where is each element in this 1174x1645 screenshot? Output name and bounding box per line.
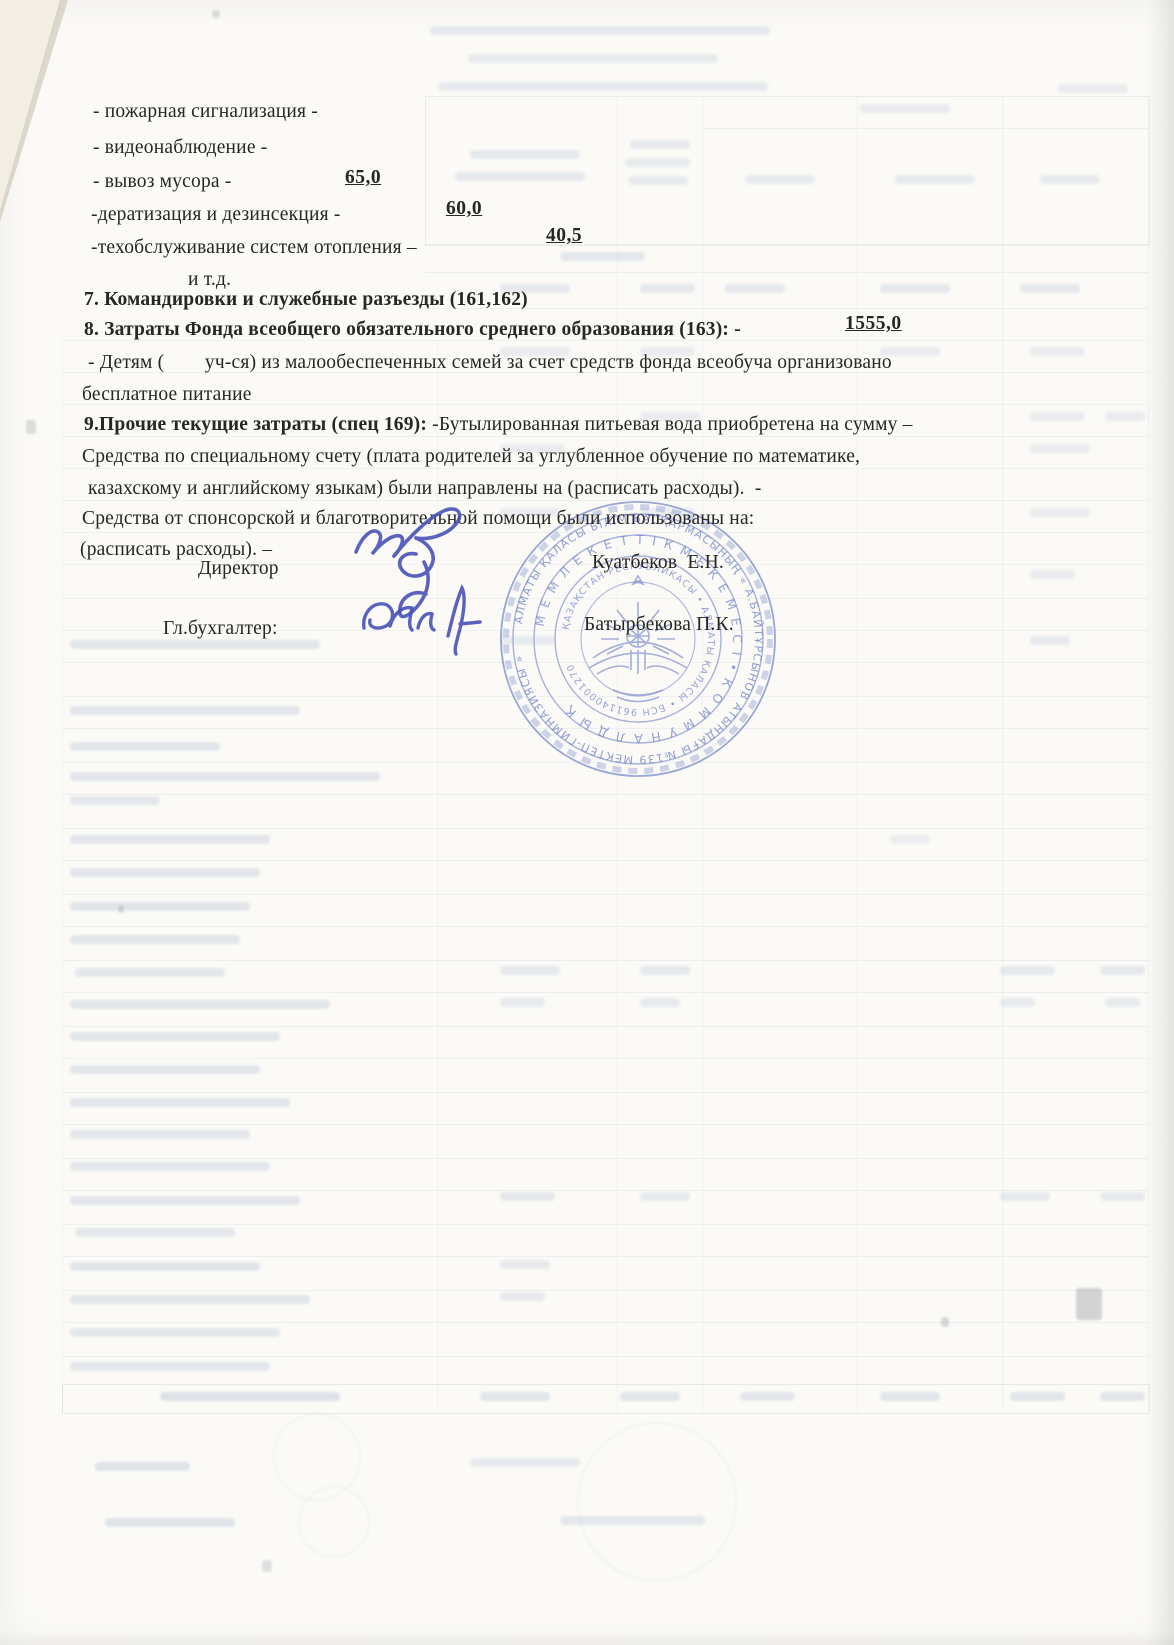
bleedthrough-artifact xyxy=(1100,966,1145,975)
bleedthrough-artifact xyxy=(62,894,1148,895)
bleedthrough-artifact xyxy=(470,1458,580,1467)
bleedthrough-artifact xyxy=(880,284,950,293)
bleedthrough-artifact xyxy=(500,1292,545,1301)
bleedthrough-artifact xyxy=(70,1065,260,1074)
service-line-video: - видеонаблюдение - xyxy=(93,136,267,160)
bleedthrough-artifact xyxy=(1030,412,1085,421)
bleedthrough-artifact xyxy=(1030,636,1070,645)
bleedthrough-artifact xyxy=(941,1317,949,1327)
bleedthrough-artifact xyxy=(1010,1392,1065,1401)
official-stamp: АЛМАТЫ ҚАЛАСЫ БІЛІМ БАСҚАРМАСЫНЫҢ « А.БА… xyxy=(497,498,779,780)
bleedthrough-artifact xyxy=(62,1158,1148,1159)
service-value-garbage: 65,0 xyxy=(345,166,381,190)
bleedthrough-artifact xyxy=(425,96,1150,246)
bleedthrough-artifact xyxy=(500,998,545,1007)
bleedthrough-artifact xyxy=(425,244,1148,245)
paragraph-8-note2: бесплатное питание xyxy=(82,383,252,407)
paragraph-9-heading: 9.Прочие текущие затраты (спец 169): xyxy=(84,414,432,435)
paragraph-9-line2: Средства по специальному счету (плата ро… xyxy=(82,445,860,469)
bleedthrough-artifact xyxy=(640,284,695,293)
bleedthrough-artifact xyxy=(630,140,690,149)
bleedthrough-artifact xyxy=(857,96,858,1412)
bleedthrough-artifact xyxy=(438,82,768,91)
paragraph-7: 7. Командировки и служебные разъезды (16… xyxy=(84,288,528,312)
bleedthrough-artifact xyxy=(560,252,645,261)
bleedthrough-artifact xyxy=(1030,444,1090,453)
bleedthrough-artifact xyxy=(640,1192,690,1201)
bleedthrough-artifact xyxy=(1105,998,1140,1007)
bleedthrough-artifact xyxy=(62,960,1148,961)
bleedthrough-artifact xyxy=(702,128,1148,129)
accountant-name: Батырбекова П.К. xyxy=(584,613,734,637)
bleedthrough-artifact xyxy=(1002,96,1003,1412)
bleedthrough-artifact xyxy=(895,175,975,184)
paragraph-8: 8. Затраты Фонда всеобщего обязательного… xyxy=(84,318,741,342)
bleedthrough-artifact xyxy=(1100,1192,1145,1201)
bleedthrough-artifact xyxy=(1040,175,1100,184)
paragraph-9-line3: казахскому и английскому языкам) были на… xyxy=(88,477,762,501)
bleedthrough-artifact xyxy=(500,1192,555,1201)
bleedthrough-artifact xyxy=(105,1518,235,1527)
accountant-label: Гл.бухгалтер: xyxy=(163,617,278,641)
bleedthrough-artifact xyxy=(1058,84,1128,93)
bleedthrough-artifact xyxy=(1100,1392,1145,1401)
bleedthrough-artifact xyxy=(62,1322,1148,1323)
bleedthrough-artifact xyxy=(1030,570,1075,579)
bleedthrough-artifact xyxy=(212,10,220,18)
bleedthrough-artifact xyxy=(70,935,240,944)
stamp-emblem xyxy=(589,576,687,702)
paragraph-8-value: 1555,0 xyxy=(845,312,902,336)
bleedthrough-artifact xyxy=(62,992,1148,993)
bleedthrough-artifact xyxy=(70,868,260,877)
bleedthrough-artifact xyxy=(70,1295,310,1304)
bleedthrough-artifact xyxy=(118,905,124,913)
bleedthrough-artifact xyxy=(70,1362,270,1371)
bleedthrough-artifact xyxy=(745,175,815,184)
bleedthrough-artifact xyxy=(70,706,300,715)
bleedthrough-artifact xyxy=(1000,1192,1050,1201)
bleedthrough-artifact xyxy=(70,1196,300,1205)
bleedthrough-artifact xyxy=(425,308,1148,309)
bleedthrough-artifact xyxy=(455,172,585,181)
bleedthrough-artifact xyxy=(640,998,680,1007)
bleedthrough-artifact xyxy=(70,835,270,844)
director-name: Куатбеков Е.Н. xyxy=(592,551,724,575)
bleedthrough-artifact xyxy=(70,742,220,751)
bleedthrough-artifact xyxy=(1000,966,1055,975)
bleedthrough-artifact xyxy=(62,1356,1148,1357)
bleedthrough-artifact xyxy=(62,1092,1148,1093)
bleedthrough-artifact xyxy=(890,835,930,844)
bleedthrough-artifact xyxy=(70,1000,330,1009)
bleedthrough-artifact xyxy=(70,1262,260,1271)
bleedthrough-artifact xyxy=(62,1026,1148,1027)
bleedthrough-artifact xyxy=(725,284,785,293)
bleedthrough-artifact xyxy=(500,1260,550,1269)
bleedthrough-artifact xyxy=(62,1058,1148,1059)
paragraph-8-note1: - Детям ( уч-ся) из малообеспеченных сем… xyxy=(88,351,892,375)
service-value-deratization: 60,0 xyxy=(446,197,482,221)
service-line-heating: -техобслуживание систем отопления – xyxy=(91,236,417,260)
bleedthrough-artifact xyxy=(62,828,1148,829)
director-label: Директор xyxy=(198,557,279,581)
bleedthrough-artifact xyxy=(1030,508,1090,517)
bleedthrough-artifact xyxy=(70,1328,280,1337)
bleedthrough-artifact xyxy=(480,1392,550,1401)
bleedthrough-artifact xyxy=(75,1228,235,1237)
bleedthrough-artifact xyxy=(62,926,1148,927)
bleedthrough-artifact xyxy=(1105,412,1145,421)
accountant-signature xyxy=(360,580,485,670)
bleedthrough-artifact xyxy=(62,1224,1148,1225)
service-value-heating: 40,5 xyxy=(546,224,582,248)
bleedthrough-artifact xyxy=(880,1392,940,1401)
bleedthrough-artifact xyxy=(640,966,690,975)
bleedthrough-artifact xyxy=(1148,96,1149,1412)
bleedthrough-artifact xyxy=(625,158,690,167)
service-line-deratization: -дератизация и дезинсекция - xyxy=(91,203,341,227)
bleedthrough-artifact xyxy=(298,1486,370,1558)
bleedthrough-artifact xyxy=(70,1098,290,1107)
bleedthrough-artifact xyxy=(26,420,36,434)
bleedthrough-artifact xyxy=(628,176,688,185)
bleedthrough-artifact xyxy=(262,1560,272,1572)
bleedthrough-artifact xyxy=(1000,998,1035,1007)
bleedthrough-artifact xyxy=(62,1124,1148,1125)
bleedthrough-artifact xyxy=(500,966,560,975)
bleedthrough-artifact xyxy=(1020,284,1080,293)
bleedthrough-artifact xyxy=(62,794,1148,795)
bleedthrough-artifact xyxy=(95,1462,190,1471)
bleedthrough-artifact xyxy=(70,1130,250,1139)
bleedthrough-artifact xyxy=(470,150,580,159)
bleedthrough-artifact xyxy=(1030,347,1085,356)
bleedthrough-artifact xyxy=(62,1190,1148,1191)
bleedthrough-artifact xyxy=(425,272,1148,273)
bleedthrough-artifact xyxy=(70,902,250,911)
bleedthrough-artifact xyxy=(620,1392,680,1401)
bleedthrough-artifact xyxy=(1076,1288,1102,1320)
bleedthrough-artifact xyxy=(75,968,225,977)
bleedthrough-artifact xyxy=(62,860,1148,861)
bleedthrough-artifact xyxy=(70,1162,270,1171)
bleedthrough-artifact xyxy=(468,54,718,63)
paragraph-9: 9.Прочие текущие затраты (спец 169): -Бу… xyxy=(84,413,913,437)
service-line-garbage: - вывоз мусора - xyxy=(93,170,232,194)
bleedthrough-artifact xyxy=(740,1392,795,1401)
bleedthrough-artifact xyxy=(70,796,160,805)
scanned-document-page: - пожарная сигнализация - - видеонаблюде… xyxy=(0,0,1174,1645)
bleedthrough-artifact xyxy=(860,104,950,113)
bleedthrough-artifact xyxy=(577,1422,737,1582)
bleedthrough-artifact xyxy=(62,1256,1148,1257)
bleedthrough-artifact xyxy=(70,640,320,649)
service-line-fire-alarm: - пожарная сигнализация - xyxy=(93,100,318,124)
bleedthrough-artifact xyxy=(62,1290,1148,1291)
bleedthrough-artifact xyxy=(70,772,380,781)
bleedthrough-artifact xyxy=(70,1032,280,1041)
paragraph-9-rest: -Бутылированная питьевая вода приобретен… xyxy=(432,414,912,435)
bleedthrough-artifact xyxy=(160,1392,340,1401)
bleedthrough-artifact xyxy=(430,26,770,35)
